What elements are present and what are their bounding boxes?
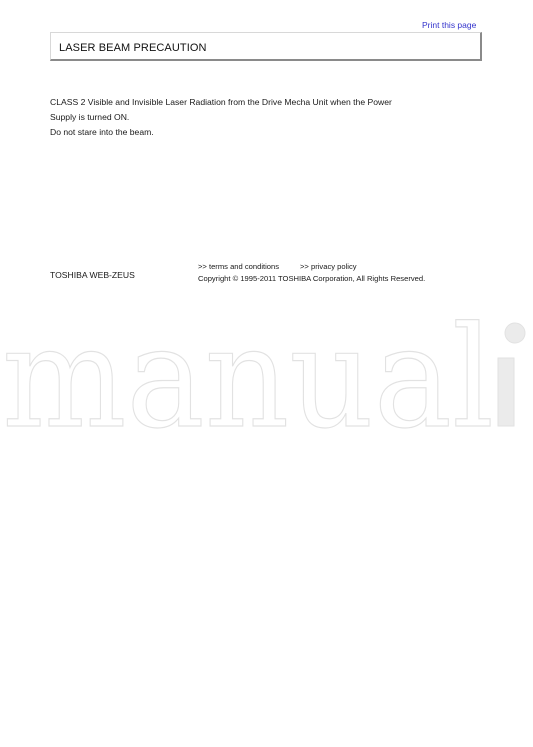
footer-brand: TOSHIBA WEB-ZEUS <box>50 270 135 280</box>
watermark-bar-icon <box>498 358 514 426</box>
precaution-line-3: Do not stare into the beam. <box>50 125 430 140</box>
footer-links: >> terms and conditions>> privacy policy <box>198 262 357 271</box>
copyright-text: Copyright © 1995-2011 TOSHIBA Corporatio… <box>198 274 425 283</box>
watermark-text: manual <box>2 318 494 438</box>
precaution-line-1: CLASS 2 Visible and Invisible Laser Radi… <box>50 95 430 110</box>
privacy-link[interactable]: >> privacy policy <box>300 262 357 271</box>
precaution-text: CLASS 2 Visible and Invisible Laser Radi… <box>50 95 430 140</box>
page-title: LASER BEAM PRECAUTION <box>59 42 207 54</box>
title-box: LASER BEAM PRECAUTION <box>50 32 482 61</box>
terms-link[interactable]: >> terms and conditions <box>198 262 300 271</box>
print-page-link[interactable]: Print this page <box>422 20 476 30</box>
precaution-line-2: Supply is turned ON. <box>50 110 430 125</box>
watermark-dot-icon <box>505 323 525 343</box>
watermark-logo: manual <box>0 318 533 438</box>
